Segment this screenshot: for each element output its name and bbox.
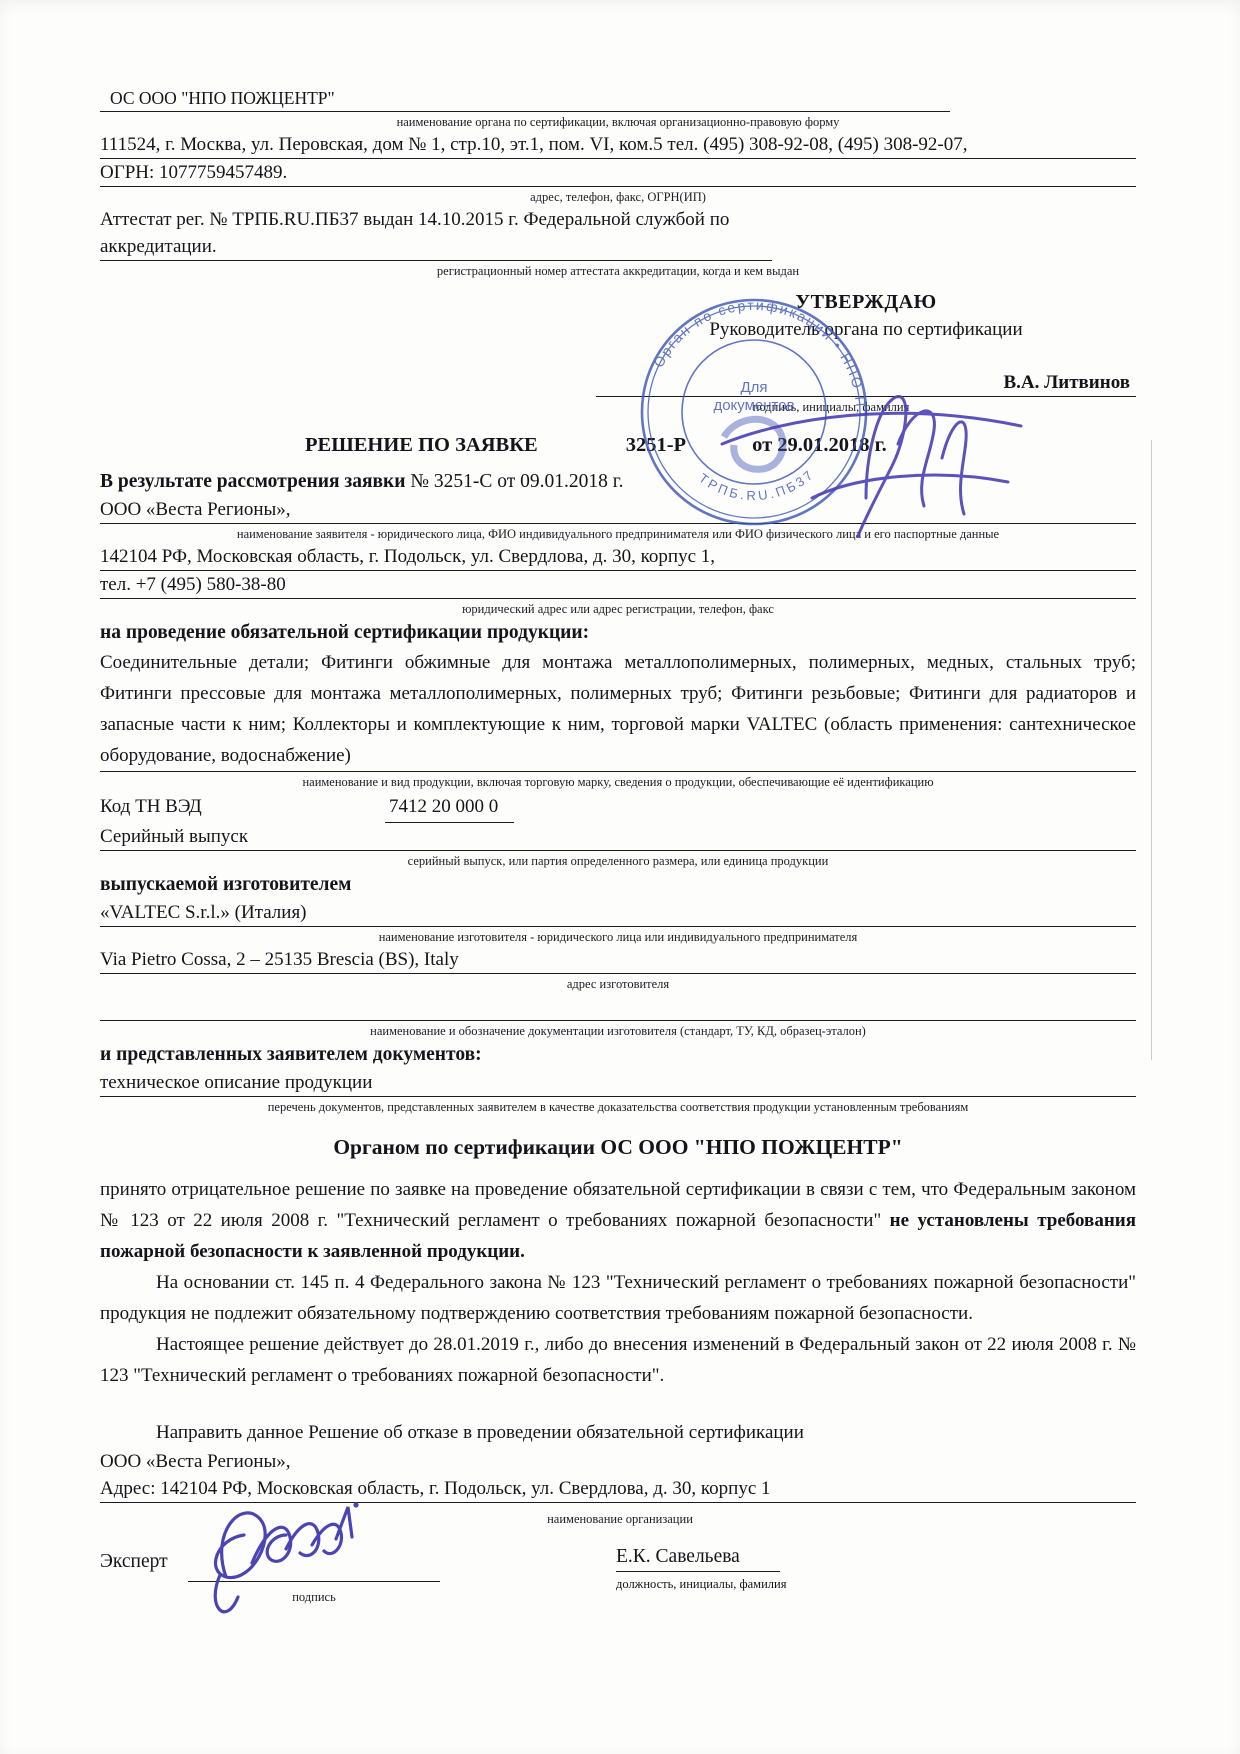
attestat-line: Аттестат рег. № ТРПБ.RU.ПБ37 выдан 14.10… xyxy=(100,206,772,261)
application-intro-label: В результате рассмотрения заявки xyxy=(100,471,406,492)
recipient-address: Адрес: 142104 РФ, Московская область, г.… xyxy=(100,1475,1136,1503)
docs-label: и представленных заявителем документов: xyxy=(100,1040,1136,1069)
org-address-caption: адрес, телефон, факс, ОГРН(ИП) xyxy=(100,187,1136,206)
expert-name: Е.К. Савельева xyxy=(616,1543,780,1572)
decision-paragraph-2: На основании ст. 145 п. 4 Федерального з… xyxy=(100,1267,1136,1329)
decision-paragraph-4: Направить данное Решение об отказе в про… xyxy=(100,1417,1136,1448)
approval-block: УТВЕРЖДАЮ Руководитель органа по сертифи… xyxy=(596,288,1136,416)
org-ogrn-line: ОГРН: 1077759457489. xyxy=(100,159,1136,187)
decision-title-row: РЕШЕНИЕ ПО ЗАЯВКЕ 3251-Р от 29.01.2018 г… xyxy=(100,430,1136,460)
head-name: В.А. Литвинов xyxy=(989,372,1136,397)
applicant-name: ООО «Веста Регионы», xyxy=(100,496,1136,524)
tnved-label: Код ТН ВЭД xyxy=(100,793,385,823)
tnved-row: Код ТН ВЭД 7412 20 000 0 xyxy=(100,793,1136,823)
manufacturer-address: Via Pietro Cossa, 2 – 25135 Brescia (BS)… xyxy=(100,946,1136,974)
product-caption: наименование и вид продукции, включая то… xyxy=(100,772,1136,791)
expert-name-block: Е.К. Савельева должность, инициалы, фами… xyxy=(616,1543,866,1593)
applicant-caption: наименование заявителя - юридического ли… xyxy=(100,524,1136,543)
scan-edge-artifact xyxy=(1151,440,1153,1060)
head-signature-row: В.А. Литвинов xyxy=(596,366,1136,397)
docs-value: техническое описание продукции xyxy=(100,1069,1136,1097)
docs-caption: наименование и обозначение документации … xyxy=(100,1021,1136,1040)
manufacturer-label: выпускаемой изготовителем xyxy=(100,870,1136,899)
organization-caption: наименование организации xyxy=(490,1509,750,1528)
manufacturer-name: «VALTEC S.r.l.» (Италия) xyxy=(100,899,1136,927)
head-sign-caption: подпись, инициалы, фамилия xyxy=(666,397,996,416)
expert-sign-caption: подпись xyxy=(188,1587,440,1606)
decision-title: РЕШЕНИЕ ПО ЗАЯВКЕ xyxy=(305,430,538,460)
application-intro: В результате рассмотрения заявки № 3251-… xyxy=(100,468,1136,496)
approve-word: УТВЕРЖДАЮ xyxy=(596,288,1136,316)
application-intro-value: № 3251-С от 09.01.2018 г. xyxy=(410,471,623,492)
certification-body-name: ОС ООО "НПО ПОЖЦЕНТР" xyxy=(100,86,950,112)
decision-date: от 29.01.2018 г. xyxy=(752,430,887,460)
decision-heading: Органом по сертификации ОС ООО "НПО ПОЖЦ… xyxy=(100,1130,1136,1164)
purpose-label: на проведение обязательной сертификации … xyxy=(100,618,1136,647)
org-address-line: 111524, г. Москва, ул. Перовская, дом № … xyxy=(100,131,1136,159)
tnved-value: 7412 20 000 0 xyxy=(385,793,514,823)
docs-blank-line xyxy=(100,993,1136,1021)
manufacturer-address-caption: адрес изготовителя xyxy=(100,974,1136,993)
footer-signatures: наименование организации Эксперт подпись… xyxy=(100,1507,1136,1677)
manufacturer-caption: наименование изготовителя - юридического… xyxy=(100,927,1136,946)
head-signature-line xyxy=(596,366,989,397)
expert-name-caption: должность, инициалы, фамилия xyxy=(616,1572,866,1593)
decision-paragraph-1: принято отрицательное решение по заявке … xyxy=(100,1174,1136,1267)
document-content: ОС ООО "НПО ПОЖЦЕНТР" наименование орган… xyxy=(100,86,1136,1677)
serial-line: Серийный выпуск xyxy=(100,823,1136,851)
attestat-caption: регистрационный номер аттестата аккредит… xyxy=(100,261,1136,280)
serial-caption: серийный выпуск, или партия определенног… xyxy=(100,851,1136,870)
decision-number: 3251-Р xyxy=(626,430,686,460)
document-page: ОС ООО "НПО ПОЖЦЕНТР" наименование орган… xyxy=(0,0,1240,1754)
applicant-phone: тел. +7 (495) 580-38-80 xyxy=(100,571,1136,599)
docs-list-caption: перечень документов, представленных заяв… xyxy=(100,1097,1136,1116)
org-name-caption: наименование органа по сертификации, вкл… xyxy=(100,112,1136,131)
head-of-body-title: Руководитель органа по сертификации xyxy=(596,316,1136,344)
applicant-address-caption: юридический адрес или адрес регистрации,… xyxy=(100,599,1136,618)
expert-label: Эксперт xyxy=(100,1551,168,1573)
recipient-name: ООО «Веста Регионы», xyxy=(100,1448,1136,1475)
product-description: Соединительные детали; Фитинги обжимные … xyxy=(100,647,1136,771)
decision-paragraph-3: Настоящее решение действует до 28.01.201… xyxy=(100,1329,1136,1391)
applicant-address: 142104 РФ, Московская область, г. Подоль… xyxy=(100,543,1136,571)
expert-signature-line xyxy=(188,1537,440,1582)
